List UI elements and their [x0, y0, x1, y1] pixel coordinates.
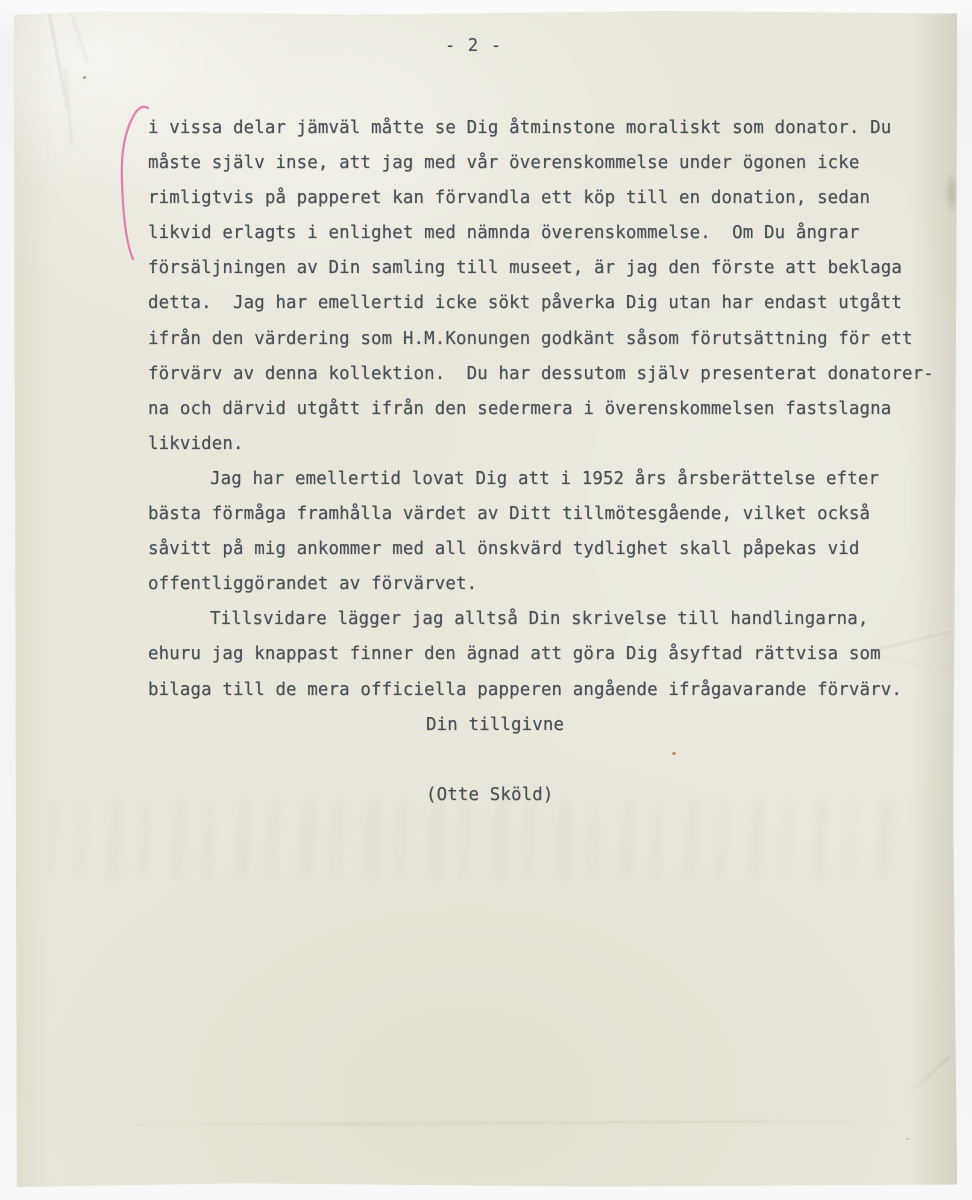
letter-line: försäljningen av Din samling till museet…: [148, 251, 954, 286]
letter-line: ifrån den värdering som H.M.Konungen god…: [148, 322, 954, 357]
page-number: - 2 -: [2, 36, 945, 56]
letter-line: Jag har emellertid lovat Dig att i 1952 …: [148, 462, 954, 497]
letter-line: na och därvid utgått ifrån den sedermera…: [148, 392, 954, 427]
letter-line: såvitt på mig ankommer med all önskvärd …: [148, 532, 954, 567]
letter-line: förvärv av denna kollektion. Du har dess…: [148, 357, 954, 392]
scan-background: - 2 - i vissa delar jämväl måtte se Dig …: [0, 0, 972, 1200]
letter-line: rimligtvis på papperet kan förvandla ett…: [148, 181, 954, 216]
letter-line: (Otte Sköld): [148, 778, 954, 813]
letter-line: likviden.: [148, 427, 954, 462]
fold-crease: [40, 130, 50, 190]
fold-crease: [44, 5, 68, 108]
fold-crease: [63, 68, 73, 146]
letter-line: likvid erlagts i enlighet med nämnda öve…: [148, 216, 954, 251]
letter-line: bilaga till de mera officiella papperen …: [148, 673, 954, 708]
letter-line: bästa förmåga framhålla värdet av Ditt t…: [148, 497, 954, 532]
letter-page: - 2 - i vissa delar jämväl måtte se Dig …: [14, 10, 957, 1188]
pink-margin-mark-stroke: [122, 107, 148, 259]
letter-line: ehuru jag knappast finner den ägnad att …: [148, 637, 954, 672]
fold-crease: [900, 1056, 950, 1102]
paper-speck: [906, 1138, 909, 1140]
letter-line: Tillsvidare lägger jag alltså Din skrive…: [148, 602, 954, 637]
letter-line: [148, 743, 954, 778]
fold-crease: [104, 1120, 904, 1126]
letter-line: måste själv inse, att jag med vår överen…: [148, 146, 954, 181]
letter-line: Din tillgivne: [148, 708, 954, 743]
letter-line: offentliggörandet av förvärvet.: [148, 567, 954, 602]
letter-line: i vissa delar jämväl måtte se Dig åtmins…: [148, 111, 954, 146]
paper-speck: [83, 76, 86, 79]
letter-line: detta. Jag har emellertid icke sökt påve…: [148, 286, 954, 321]
letter-body: i vissa delar jämväl måtte se Dig åtmins…: [148, 111, 954, 813]
